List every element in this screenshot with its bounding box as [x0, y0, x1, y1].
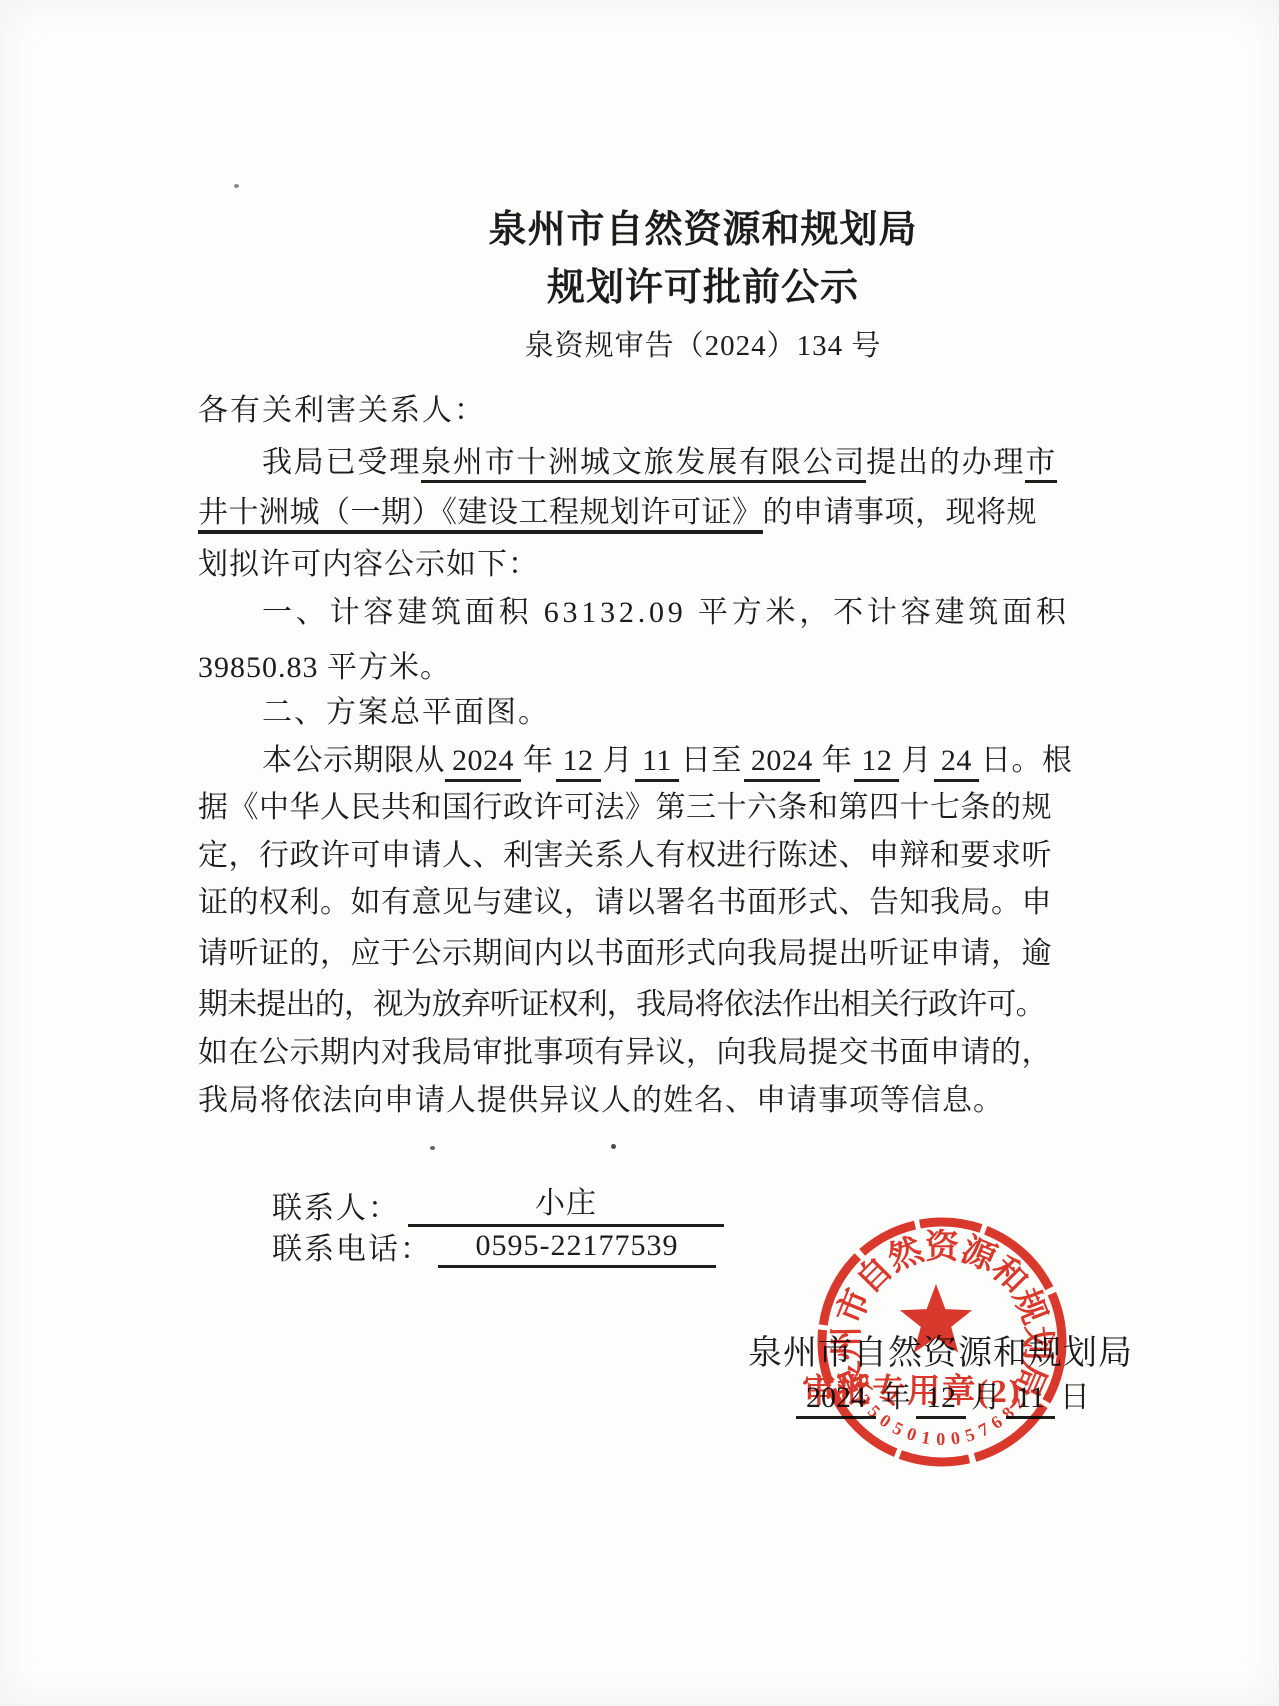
- law-text6: 如在公示期内对我局审批事项有异议，向我局提交书面申请的，: [198, 1036, 1052, 1069]
- p1-mid: 提出的办理: [866, 446, 1025, 479]
- law-text3: 证的权利。如有意见与建议，请以署名书面形式、告知我局。申: [198, 886, 1052, 919]
- contact-phone-value: 0595-22177539: [476, 1229, 679, 1262]
- law-text4: 请听证的，应于公示期间内以书面形式向我局提出听证申请，逾: [198, 937, 1052, 970]
- law-line5: 期未提出的，视为放弃听证权利，我局将依法作出相关行政许可。: [198, 985, 1070, 1025]
- project-name-underlined: 井十洲城（一期）《建设工程规划许可证》: [198, 496, 763, 534]
- document-subtitle: 规划许可批前公示: [350, 256, 1056, 311]
- period-pre: 本公示期限从: [262, 744, 445, 777]
- period-unit: 日。根: [981, 744, 1073, 777]
- period-unit: 日至: [681, 744, 742, 777]
- period-unit: 月: [901, 744, 932, 777]
- scan-speck: [430, 1146, 435, 1150]
- law-text5: 期未提出的，视为放弃听证权利，我局将依法作出相关行政许可。: [198, 988, 1045, 1021]
- seal-caption: 审批专用章(2): [802, 1372, 1021, 1410]
- period-end-year: 2024: [744, 744, 820, 782]
- item1-line2: 39850.83 平方米。: [198, 648, 1070, 688]
- scan-speck: [234, 184, 239, 188]
- contact-phone-row: 联系电话：0595-22177539: [272, 1224, 716, 1268]
- item2-line: 二、方案总平面图。: [198, 693, 1070, 733]
- period-start-month: 12: [556, 744, 601, 782]
- official-seal: 泉州市自然资源和规划局 审批专用章(2) 3505010057682: [792, 1192, 1092, 1492]
- period-start-year: 2024: [445, 744, 521, 782]
- period-end-month: 12: [854, 744, 899, 782]
- document-number: 泉资规审告（2024）134 号: [350, 323, 1056, 364]
- paragraph1-line3: 划拟许可内容公示如下：: [198, 545, 1070, 585]
- salutation-text: 各有关利害关系人：: [198, 394, 486, 427]
- law-line1: 据《中华人民共和国行政许可法》第三十六条和第四十七条的规: [198, 788, 1070, 828]
- period-line: 本公示期限从2024年12月11日至2024年12月24日。根: [198, 741, 1070, 781]
- contact-person-row: 联系人：小庄: [272, 1178, 724, 1227]
- law-text2: 定，行政许可申请人、利害关系人有权进行陈述、申辩和要求听: [198, 839, 1052, 872]
- law-line4: 请听证的，应于公示期间内以书面形式向我局提出听证申请，逾: [198, 934, 1070, 974]
- item2-text: 二、方案总平面图。: [262, 696, 550, 729]
- item1-line1: 一、计容建筑面积 63132.09 平方米，不计容建筑面积: [198, 593, 1070, 633]
- paragraph1-line1: 我局已受理泉州市十洲城文旅发展有限公司提出的办理市: [198, 443, 1070, 483]
- p2-rest: 的申请事项，现将规: [763, 496, 1038, 529]
- p1-pre: 我局已受理: [262, 446, 421, 479]
- applicant-company-underlined: 泉州市十洲城文旅发展有限公司: [421, 446, 866, 483]
- item1-text: 一、计容建筑面积 63132.09 平方米，不计容建筑面积: [262, 596, 1070, 629]
- document-title: 泉州市自然资源和规划局: [350, 198, 1056, 253]
- law-line2: 定，行政许可申请人、利害关系人有权进行陈述、申辩和要求听: [198, 836, 1070, 876]
- period-start-day: 11: [635, 744, 679, 782]
- p2-line3-text: 划拟许可内容公示如下：: [198, 548, 539, 581]
- contact-phone-label: 联系电话：: [272, 1233, 432, 1266]
- period-end-day: 24: [934, 744, 979, 782]
- law-text1: 据《中华人民共和国行政许可法》第三十六条和第四十七条的规: [198, 791, 1052, 824]
- law-line3: 证的权利。如有意见与建议，请以署名书面形式、告知我局。申: [198, 883, 1070, 923]
- law-line7: 我局将依法向申请人提供异议人的姓名、申请事项等信息。: [198, 1081, 1070, 1121]
- contact-phone-blank: 0595-22177539: [438, 1229, 716, 1268]
- contact-person-label: 联系人：: [272, 1192, 400, 1225]
- paragraph1-line2: 井十洲城（一期）《建设工程规划许可证》的申请事项，现将规: [198, 493, 1070, 533]
- scan-speck: [611, 1144, 616, 1149]
- item1-area2: 39850.83 平方米。: [198, 651, 451, 684]
- p1-tail-underlined: 市: [1025, 446, 1057, 483]
- contact-person-blank: 小庄: [408, 1178, 724, 1227]
- contact-person-value: 小庄: [535, 1187, 597, 1220]
- period-unit: 年: [523, 744, 554, 777]
- star-icon: [900, 1284, 972, 1353]
- law-line6: 如在公示期内对我局审批事项有异议，向我局提交书面申请的，: [198, 1033, 1070, 1073]
- law-text7: 我局将依法向申请人提供异议人的姓名、申请事项等信息。: [198, 1084, 1004, 1117]
- salutation-line: 各有关利害关系人：: [198, 391, 1070, 431]
- period-unit: 月: [603, 744, 634, 777]
- period-unit: 年: [822, 744, 853, 777]
- document-page: 泉州市自然资源和规划局 规划许可批前公示 泉资规审告（2024）134 号 各有…: [0, 0, 1279, 1706]
